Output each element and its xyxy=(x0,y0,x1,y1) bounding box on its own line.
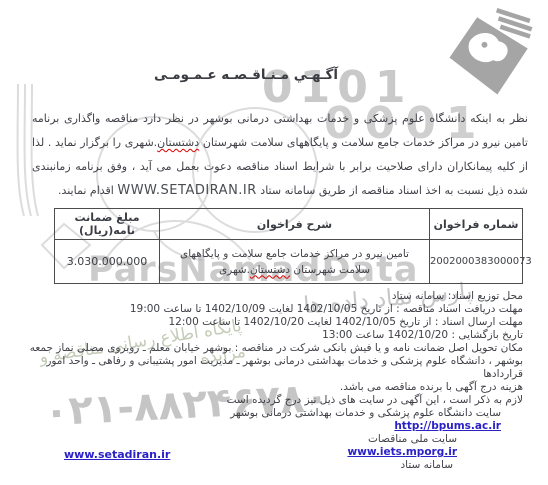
detail-send-deadline: مهلت ارسال اسناد : از تاریخ 1402/10/05 ل… xyxy=(22,316,523,329)
detail-ad-cost: هزینه درج آگهی با برنده مناقصه می باشد. xyxy=(22,381,523,394)
detail-opening-date: تاریخ بازگشایی : 1402/10/20 ساعت 13:00 xyxy=(22,329,523,342)
detail-delivery-location: مکان تحویل اصل ضمانت نامه و یا فیش بانکی… xyxy=(22,342,523,381)
header-call-number: شماره فراخوان xyxy=(430,209,523,240)
detail-distribution-place: محل توزیع اسناد: سامانه ستاد xyxy=(22,290,523,303)
guarantee-amount-cell: 3.030.000.000 xyxy=(55,240,160,284)
table-header-row: شماره فراخوان شرح فراخوان مبلغ ضمانت نام… xyxy=(55,209,523,240)
call-number-cell: 2002000383000073 xyxy=(430,240,523,284)
iets-site-label: سایت ملی مناقصات xyxy=(22,433,523,446)
description-text-after: .شهری xyxy=(219,264,250,276)
call-description-cell: تامین نیرو در مراکز خدمات جامع سلامت و پ… xyxy=(160,240,430,284)
header-guarantee-amount: مبلغ ضمانت نامه(ریال) xyxy=(55,209,160,240)
description-misspelled-word: دشتستان xyxy=(250,264,290,276)
tender-table: شماره فراخوان شرح فراخوان مبلغ ضمانت نام… xyxy=(54,208,523,284)
bpums-site-label: سایت دانشگاه علوم پزشکی و خدمات بهداشتی … xyxy=(22,407,523,420)
detail-receive-deadline: مهلت دریافت اسناد مناقصه : از تاریخ 1402… xyxy=(22,303,523,316)
page-title: آگـهـي مـنـاقـصـه عـمـومـی xyxy=(0,67,520,83)
table-row: 2002000383000073 تامین نیرو در مراکز خدم… xyxy=(55,240,523,284)
intro-text-after: اقدام نمایند. xyxy=(58,184,117,197)
setadiran-link[interactable]: www.setadiran.ir xyxy=(64,448,170,461)
setadiran-site-caps: WWW.SETADIRAN.IR xyxy=(117,183,256,198)
bpums-link[interactable]: http://bpums.ac.ir xyxy=(394,420,501,432)
iets-link[interactable]: www.iets.mporg.ir xyxy=(347,446,457,458)
detail-also-published: لازم به ذکر است ، این آگهی در سایت های ذ… xyxy=(22,394,523,407)
description-text-before: تامین نیرو در مراکز خدمات جامع سلامت و پ… xyxy=(180,248,409,276)
tender-details: محل توزیع اسناد: سامانه ستاد مهلت دریافت… xyxy=(22,290,523,472)
tender-announcement-page: 0101 0001 ParsNamadData پارس نماد داده ه… xyxy=(0,0,548,485)
intro-misspelled-word: دشتستان xyxy=(157,136,199,149)
document-content: آگـهـي مـنـاقـصـه عـمـومـی نظر به اینکه … xyxy=(0,0,548,485)
header-call-description: شرح فراخوان xyxy=(160,209,430,240)
intro-paragraph: نظر به اینکه دانشگاه علوم پزشکی و خدمات … xyxy=(32,107,528,203)
